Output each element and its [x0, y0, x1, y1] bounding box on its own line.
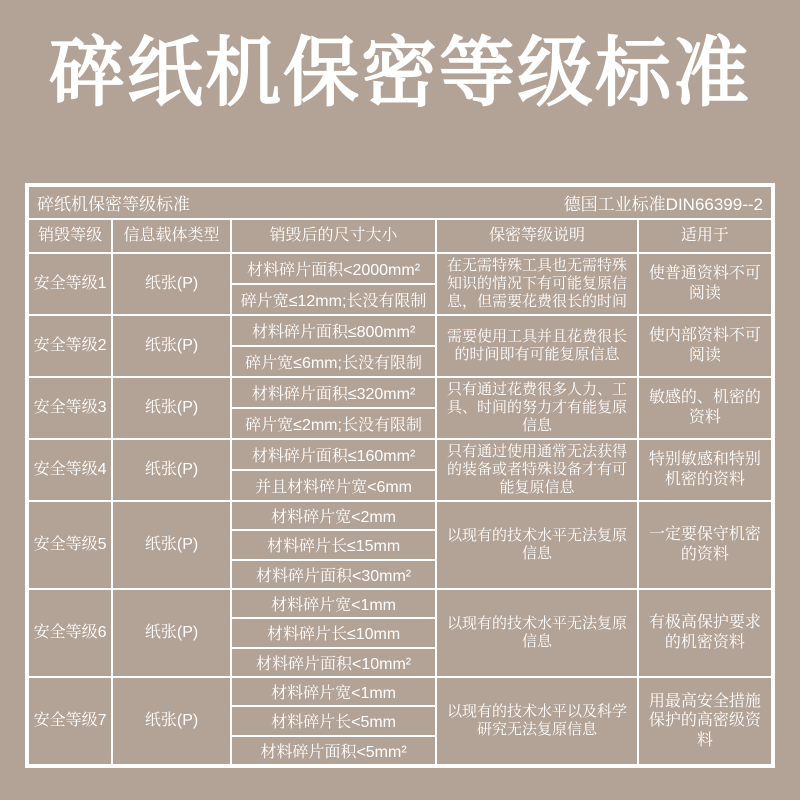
size-cell-group: 材料碎片宽<2mm材料碎片长≤15mm材料碎片面积<30mm² — [232, 502, 435, 588]
table-row: 安全等级4 纸张(P) 材料碎片面积≤160mm²并且材料碎片宽<6mm 只有通… — [29, 440, 771, 500]
description-cell: 只有通过使用通常无法获得的装备或者特殊设备才有可能复原信息 — [437, 440, 637, 500]
size-subcell: 材料碎片宽<1mm — [232, 678, 435, 705]
description-cell: 只有通过花费很多人力、工具、时间的努力才有能复原信息 — [437, 378, 637, 438]
size-subcell: 材料碎片面积<5mm² — [232, 737, 435, 764]
size-subcell: 碎片宽≤2mm;长没有限制 — [232, 409, 435, 438]
size-subcell: 材料碎片宽<2mm — [232, 502, 435, 529]
level-cell: 安全等级6 — [29, 590, 111, 676]
size-subcell: 材料碎片面积≤160mm² — [232, 440, 435, 469]
column-header-security-description: 保密等级说明 — [437, 220, 637, 252]
media-cell: 纸张(P) — [113, 316, 230, 376]
table-caption-row: 碎纸机保密等级标准 德国工业标准DIN66399--2 — [29, 187, 771, 218]
column-header-size-after-destroy: 销毁后的尺寸大小 — [232, 220, 435, 252]
size-cell-group: 材料碎片面积<2000mm²碎片宽≤12mm;长没有限制 — [232, 254, 435, 314]
size-subcell: 并且材料碎片宽<6mm — [232, 471, 435, 500]
description-cell: 以现有的技术水平无法复原信息 — [437, 502, 637, 588]
description-cell: 以现有的技术水平以及科学研究无法复原信息 — [437, 678, 637, 764]
media-cell: 纸张(P) — [113, 254, 230, 314]
column-header-media-type: 信息载体类型 — [113, 220, 230, 252]
applicable-cell: 特别敏感和特别机密的资料 — [639, 440, 771, 500]
description-cell: 需要使用工具并且花费很长的时间即有可能复原信息 — [437, 316, 637, 376]
table-row: 安全等级3 纸张(P) 材料碎片面积≤320mm²碎片宽≤2mm;长没有限制 只… — [29, 378, 771, 438]
media-cell: 纸张(P) — [113, 502, 230, 588]
table-caption-right: 德国工业标准DIN66399--2 — [564, 190, 763, 215]
size-subcell: 材料碎片面积≤320mm² — [232, 378, 435, 407]
size-cell-group: 材料碎片面积≤160mm²并且材料碎片宽<6mm — [232, 440, 435, 500]
column-header-destroy-level: 销毁等级 — [29, 220, 111, 252]
table-row: 安全等级5 纸张(P) 材料碎片宽<2mm材料碎片长≤15mm材料碎片面积<30… — [29, 502, 771, 588]
size-cell-group: 材料碎片面积≤320mm²碎片宽≤2mm;长没有限制 — [232, 378, 435, 438]
level-cell: 安全等级1 — [29, 254, 111, 314]
table-row: 安全等级1 纸张(P) 材料碎片面积<2000mm²碎片宽≤12mm;长没有限制… — [29, 254, 771, 314]
size-cell-group: 材料碎片面积≤800mm²碎片宽≤6mm;长没有限制 — [232, 316, 435, 376]
applicable-cell: 使普通资料不可阅读 — [639, 254, 771, 314]
table-caption-left: 碎纸机保密等级标准 — [37, 190, 190, 215]
description-cell: 以现有的技术水平无法复原信息 — [437, 590, 637, 676]
level-cell: 安全等级4 — [29, 440, 111, 500]
media-cell: 纸张(P) — [113, 440, 230, 500]
size-subcell: 材料碎片面积≤800mm² — [232, 316, 435, 345]
table-header-row: 销毁等级 信息载体类型 销毁后的尺寸大小 保密等级说明 适用于 — [29, 220, 771, 252]
size-subcell: 材料碎片长≤10mm — [232, 619, 435, 646]
applicable-cell: 一定要保守机密的资料 — [639, 502, 771, 588]
size-subcell: 材料碎片宽<1mm — [232, 590, 435, 617]
description-cell: 在无需特殊工具也无需特殊知识的情况下有可能复原信息，但需要花费很长的时间 — [437, 254, 637, 314]
applicable-cell: 敏感的、机密的资料 — [639, 378, 771, 438]
applicable-cell: 有极高保护要求的机密资料 — [639, 590, 771, 676]
level-cell: 安全等级2 — [29, 316, 111, 376]
table-row: 安全等级7 纸张(P) 材料碎片宽<1mm材料碎片长<5mm材料碎片面积<5mm… — [29, 678, 771, 764]
level-cell: 安全等级7 — [29, 678, 111, 764]
level-cell: 安全等级3 — [29, 378, 111, 438]
table-row: 安全等级6 纸张(P) 材料碎片宽<1mm材料碎片长≤10mm材料碎片面积<10… — [29, 590, 771, 676]
media-cell: 纸张(P) — [113, 590, 230, 676]
size-cell-group: 材料碎片宽<1mm材料碎片长<5mm材料碎片面积<5mm² — [232, 678, 435, 764]
page-title: 碎纸机保密等级标准 — [0, 30, 800, 117]
applicable-cell: 使内部资料不可阅读 — [639, 316, 771, 376]
size-subcell: 材料碎片面积<10mm² — [232, 649, 435, 676]
size-subcell: 碎片宽≤6mm;长没有限制 — [232, 347, 435, 376]
level-cell: 安全等级5 — [29, 502, 111, 588]
media-cell: 纸张(P) — [113, 678, 230, 764]
size-subcell: 材料碎片长≤15mm — [232, 531, 435, 558]
size-subcell: 材料碎片面积<30mm² — [232, 561, 435, 588]
table-row: 安全等级2 纸张(P) 材料碎片面积≤800mm²碎片宽≤6mm;长没有限制 需… — [29, 316, 771, 376]
applicable-cell: 用最高安全措施保护的高密级资料 — [639, 678, 771, 764]
security-level-table: 碎纸机保密等级标准 德国工业标准DIN66399--2 销毁等级 信息载体类型 … — [25, 183, 775, 768]
size-subcell: 碎片宽≤12mm;长没有限制 — [232, 285, 435, 314]
media-cell: 纸张(P) — [113, 378, 230, 438]
size-subcell: 材料碎片面积<2000mm² — [232, 254, 435, 283]
size-subcell: 材料碎片长<5mm — [232, 707, 435, 734]
column-header-applicable: 适用于 — [639, 220, 771, 252]
size-cell-group: 材料碎片宽<1mm材料碎片长≤10mm材料碎片面积<10mm² — [232, 590, 435, 676]
